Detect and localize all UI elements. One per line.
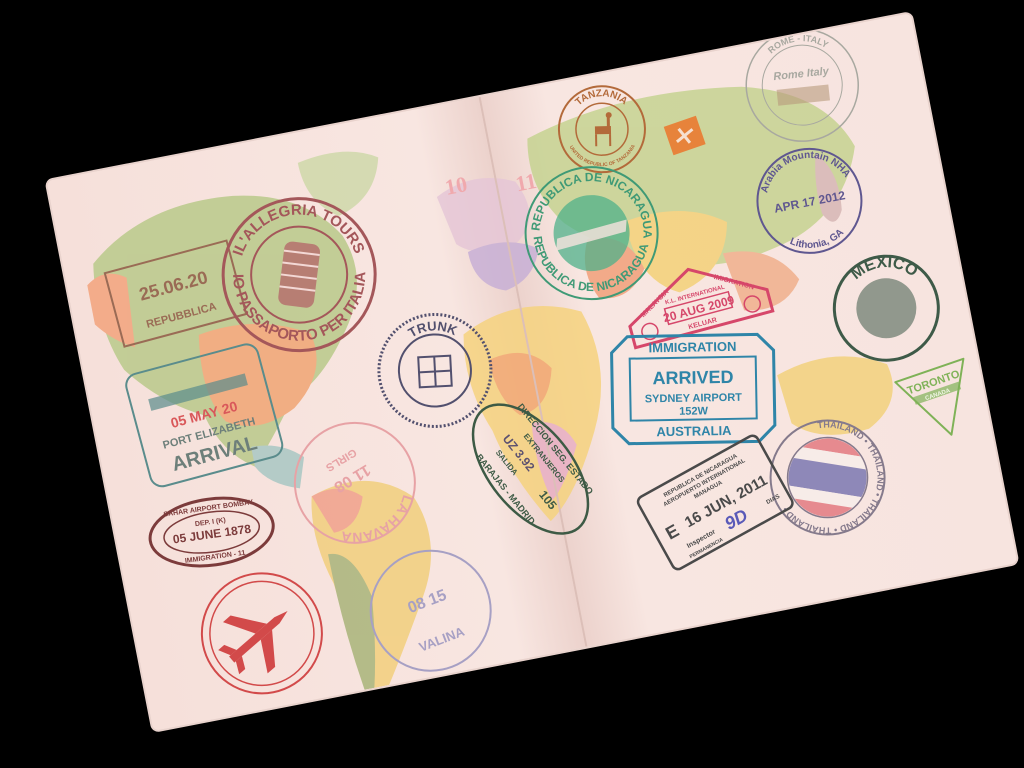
page-number-left: 10 xyxy=(443,171,470,201)
stamp-center-text: Rome Italy xyxy=(773,65,830,83)
svg-text:TRUNK: TRUNK xyxy=(405,317,461,341)
stamp-airplane xyxy=(186,557,338,709)
stamp-australia: IMMIGRATION ARRIVED SYDNEY AIRPORT 152W … xyxy=(607,330,779,448)
stamp-top-text: SAHAR AIRPORT BOMBAY xyxy=(163,499,254,519)
tower-icon xyxy=(277,241,321,309)
stamp-mexico: MEXICO xyxy=(829,250,945,366)
stamp-main-text: ARRIVED xyxy=(652,367,733,388)
stamp-number: 105 xyxy=(536,488,560,513)
suitcase-icon xyxy=(418,356,452,388)
stamp-letter: E xyxy=(662,520,682,543)
stamp-date: APR 17 2012 xyxy=(773,188,847,216)
deer-icon xyxy=(595,112,613,146)
stamp-top-text: ROME - ITALY xyxy=(765,30,831,56)
stamp-place: SYDNEY AIRPORT xyxy=(645,392,743,406)
stamp-code: 152W xyxy=(679,405,709,418)
stamp-label: REPUBBLICA xyxy=(145,301,218,331)
stamp-days-label: DIAS xyxy=(766,494,781,506)
stamp-date: 08 15 xyxy=(406,587,450,617)
stamp-italia-tours: IL'ALLEGRIA TOURS IO PASSAPORTO PER ITAL… xyxy=(218,193,381,356)
colosseum-icon xyxy=(777,84,830,105)
stamp-rome: ROME - ITALY Rome Italy xyxy=(736,19,868,151)
stamp-top-text: TRUNK xyxy=(405,317,461,341)
stamp-top-text: IMMIGRATION xyxy=(648,339,736,356)
stamp-date: 25.06.20 xyxy=(137,267,210,304)
svg-text:ROME - ITALY: ROME - ITALY xyxy=(765,30,831,56)
stamp-arabia-mountain: Arabia Mountain NHA APR 17 2012 Lithonia… xyxy=(745,136,874,265)
stamp-bottom-text: AUSTRALIA xyxy=(656,423,732,439)
stamp-label: VALINA xyxy=(417,623,467,654)
open-passport: 10 11 25.06.20 REPUBBLICA IL'ALLEGRIA TO… xyxy=(47,13,1018,731)
